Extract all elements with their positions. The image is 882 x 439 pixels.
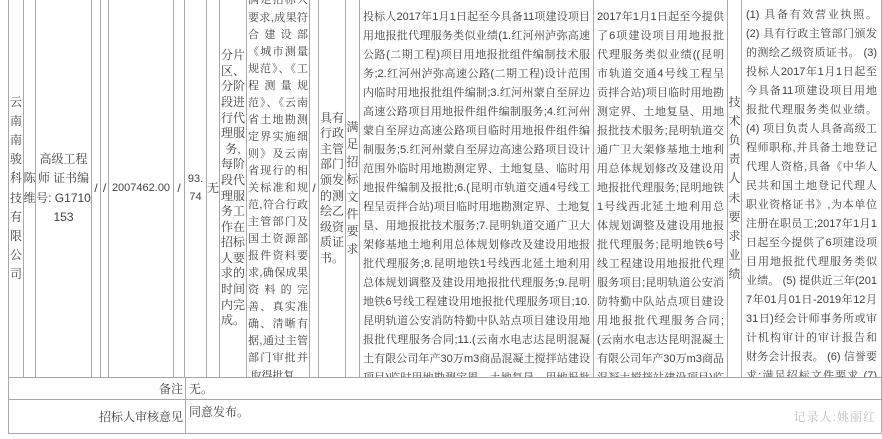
slash-cell: /	[92, 0, 101, 377]
review-opinion-row: 招标人审核意见 同意发布。	[9, 400, 881, 434]
slash-cell: /	[101, 0, 109, 377]
capability-requirements-cell: (1) 具备有效营业执照。 (2) 具有行政主管部门颁发的测绘乙级资质证书。 (…	[742, 0, 881, 377]
capability-requirements-text: (1) 具备有效营业执照。 (2) 具有行政主管部门颁发的测绘乙级资质证书。 (…	[742, 0, 881, 377]
quality-requirement-cell: 满足招标人要求,成果符合建设部《城市测量规范》、《工程测量规范》、《云南省土地勘…	[247, 0, 310, 377]
remark-row: 备注 无。	[9, 378, 881, 400]
remark-value: 无。	[186, 378, 881, 399]
none-value-cell: 无	[207, 0, 220, 377]
qualification-cell: 具有行政主管部门颁发的测绘乙级资质证书。	[319, 0, 346, 377]
slash-cell: /	[174, 0, 185, 377]
leader-certificate-cell: 高级工程师 证书编号: G1710153	[36, 0, 92, 377]
review-opinion-label: 招标人审核意见	[9, 400, 186, 433]
tech-leader-performance-cell: 技术负责人未要求业绩	[728, 0, 742, 377]
reputation-cell: 满足招标文件要求	[346, 0, 360, 377]
remark-label: 备注	[9, 378, 186, 399]
leader-performance-cell: 2017年1月1日起至今提供了6项建设项目用地报批代理服务类似业绩((昆明市轨道…	[594, 0, 728, 377]
recorder-watermark: 记录人:姚丽红	[794, 408, 876, 425]
tender-review-table: 云南南骏科技有限公司 陈维 高级工程师 证书编号: G1710153 / / 2…	[8, 0, 882, 434]
quality-requirement-text: 满足招标人要求,成果符合建设部《城市测量规范》、《工程测量规范》、《云南省土地勘…	[247, 0, 309, 377]
bidder-performance-cell: 投标人2017年1月1日起至今具备11项建设项目用地报批代理服务类似业绩(1.红…	[360, 0, 594, 377]
bidder-performance-text: 投标人2017年1月1日起至今具备11项建设项目用地报批代理服务类似业绩(1.红…	[360, 0, 593, 377]
leader-performance-text: 2017年1月1日起至今提供了6项建设项目用地报批代理服务类似业绩((昆明市轨道…	[594, 0, 727, 377]
service-period-cell: 分片区、分阶段进行代理服务,每阶段代理服务工作在招标人要求的时间内完成。	[220, 0, 247, 377]
score-cell: 93.74	[185, 0, 207, 377]
project-leader-cell: 陈维	[24, 0, 36, 377]
candidate-detail-row: 云南南骏科技有限公司 陈维 高级工程师 证书编号: G1710153 / / 2…	[9, 0, 881, 378]
bid-price-cell: 2007462.00	[109, 0, 174, 377]
slash-cell: /	[310, 0, 319, 377]
review-opinion-value: 同意发布。	[186, 400, 881, 433]
bidder-name-cell: 云南南骏科技有限公司	[9, 0, 24, 377]
